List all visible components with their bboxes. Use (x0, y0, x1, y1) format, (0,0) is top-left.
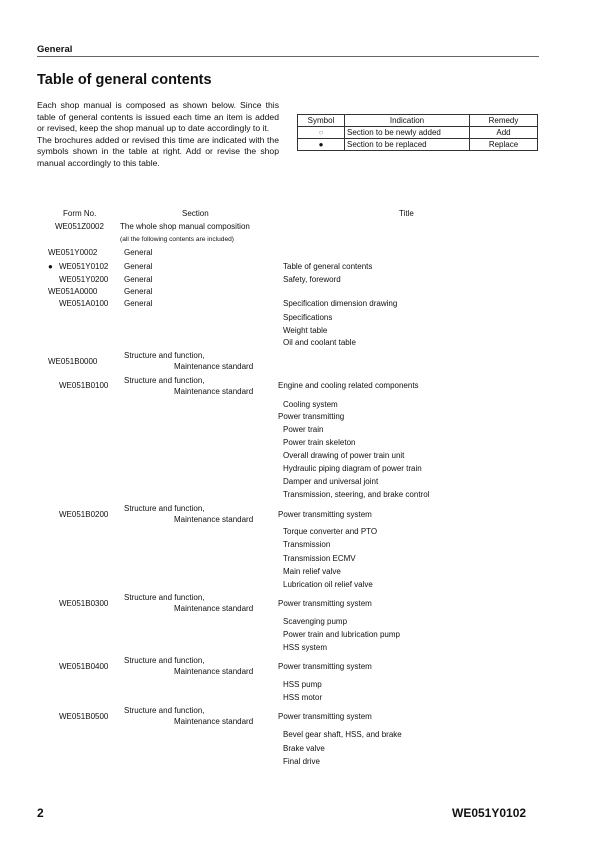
legend-remedy: Add (470, 127, 538, 139)
form-no: WE051B0300 (59, 599, 108, 608)
legend-header-symbol: Symbol (298, 115, 345, 127)
section-note: (all the following contents are included… (120, 236, 234, 243)
intro-text: Each shop manual is composed as shown be… (37, 100, 279, 169)
title: Torque converter and PTO (283, 527, 377, 536)
title: Oil and coolant table (283, 338, 356, 347)
column-header-title: Title (399, 209, 414, 218)
form-no: WE051B0100 (59, 381, 108, 390)
title: Scavenging pump (283, 617, 347, 626)
form-no: WE051Y0200 (59, 275, 108, 284)
section: Maintenance standard (174, 515, 253, 524)
form-no: WE051A0100 (59, 299, 108, 308)
legend-header-indication: Indication (345, 115, 470, 127)
legend-indication: Section to be newly added (345, 127, 470, 139)
title: Power transmitting system (278, 712, 372, 721)
title: Lubrication oil relief valve (283, 580, 373, 589)
section: General (124, 275, 152, 284)
title: Power train and lubrication pump (283, 630, 400, 639)
title: Safety, foreword (283, 275, 341, 284)
form-no: WE051Z0002 (55, 222, 104, 231)
form-no: WE051B0200 (59, 510, 108, 519)
title: Hydraulic piping diagram of power train (283, 464, 422, 473)
title: Transmission, steering, and brake contro… (283, 490, 429, 499)
section: Maintenance standard (174, 667, 253, 676)
intro-paragraph-2: The brochures added or revised this time… (37, 135, 279, 170)
title: Engine and cooling related components (278, 381, 419, 390)
page-number: 2 (37, 806, 44, 820)
column-header-section: Section (182, 209, 209, 218)
title: Transmission ECMV (283, 554, 356, 563)
title: Power transmitting system (278, 662, 372, 671)
title: Specifications (283, 313, 332, 322)
form-no: WE051B0500 (59, 712, 108, 721)
title: HSS pump (283, 680, 322, 689)
section: Maintenance standard (174, 387, 253, 396)
form-no: WE051Y0002 (48, 248, 97, 257)
section: General (124, 287, 152, 296)
section: General (124, 262, 152, 271)
section: Structure and function, (124, 706, 205, 715)
column-header-form-no: Form No. (63, 209, 96, 218)
title: Power train skeleton (283, 438, 355, 447)
title: Transmission (283, 540, 330, 549)
running-header: General (37, 44, 72, 55)
title: HSS system (283, 643, 327, 652)
section: General (124, 248, 152, 257)
section: Maintenance standard (174, 717, 253, 726)
replaced-marker-icon: ● (48, 262, 53, 271)
legend-indication: Section to be replaced (345, 139, 470, 151)
section: General (124, 299, 152, 308)
title: Cooling system (283, 400, 338, 409)
form-no: WE051A0000 (48, 287, 97, 296)
section: The whole shop manual composition (120, 222, 250, 231)
legend-remedy: Replace (470, 139, 538, 151)
title: Final drive (283, 757, 320, 766)
title: Main relief valve (283, 567, 341, 576)
footer-form-no: WE051Y0102 (452, 806, 526, 820)
intro-paragraph-1: Each shop manual is composed as shown be… (37, 100, 279, 135)
open-circle-icon: ○ (298, 127, 345, 139)
form-no: WE051Y0102 (59, 262, 108, 271)
filled-circle-icon: ● (298, 139, 345, 151)
title: Damper and universal joint (283, 477, 378, 486)
title: Overall drawing of power train unit (283, 451, 404, 460)
legend-row: ○ Section to be newly added Add (298, 127, 538, 139)
title: Table of general contents (283, 262, 372, 271)
form-no: WE051B0400 (59, 662, 108, 671)
section: Structure and function, (124, 351, 205, 360)
legend-header-remedy: Remedy (470, 115, 538, 127)
title: HSS motor (283, 693, 322, 702)
title: Weight table (283, 326, 327, 335)
header-rule (37, 56, 539, 57)
title: Power transmitting system (278, 599, 372, 608)
title: Specification dimension drawing (283, 299, 397, 308)
form-no: WE051B0000 (48, 357, 97, 366)
page-title: Table of general contents (37, 72, 212, 88)
section: Structure and function, (124, 504, 205, 513)
title: Power train (283, 425, 323, 434)
title: Power transmitting (278, 412, 344, 421)
section: Maintenance standard (174, 362, 253, 371)
symbol-legend-table: Symbol Indication Remedy ○ Section to be… (297, 114, 538, 151)
title: Bevel gear shaft, HSS, and brake (283, 730, 402, 739)
title: Brake valve (283, 744, 325, 753)
section: Structure and function, (124, 593, 205, 602)
section: Structure and function, (124, 376, 205, 385)
section: Structure and function, (124, 656, 205, 665)
legend-header-row: Symbol Indication Remedy (298, 115, 538, 127)
legend-row: ● Section to be replaced Replace (298, 139, 538, 151)
section: Maintenance standard (174, 604, 253, 613)
title: Power transmitting system (278, 510, 372, 519)
